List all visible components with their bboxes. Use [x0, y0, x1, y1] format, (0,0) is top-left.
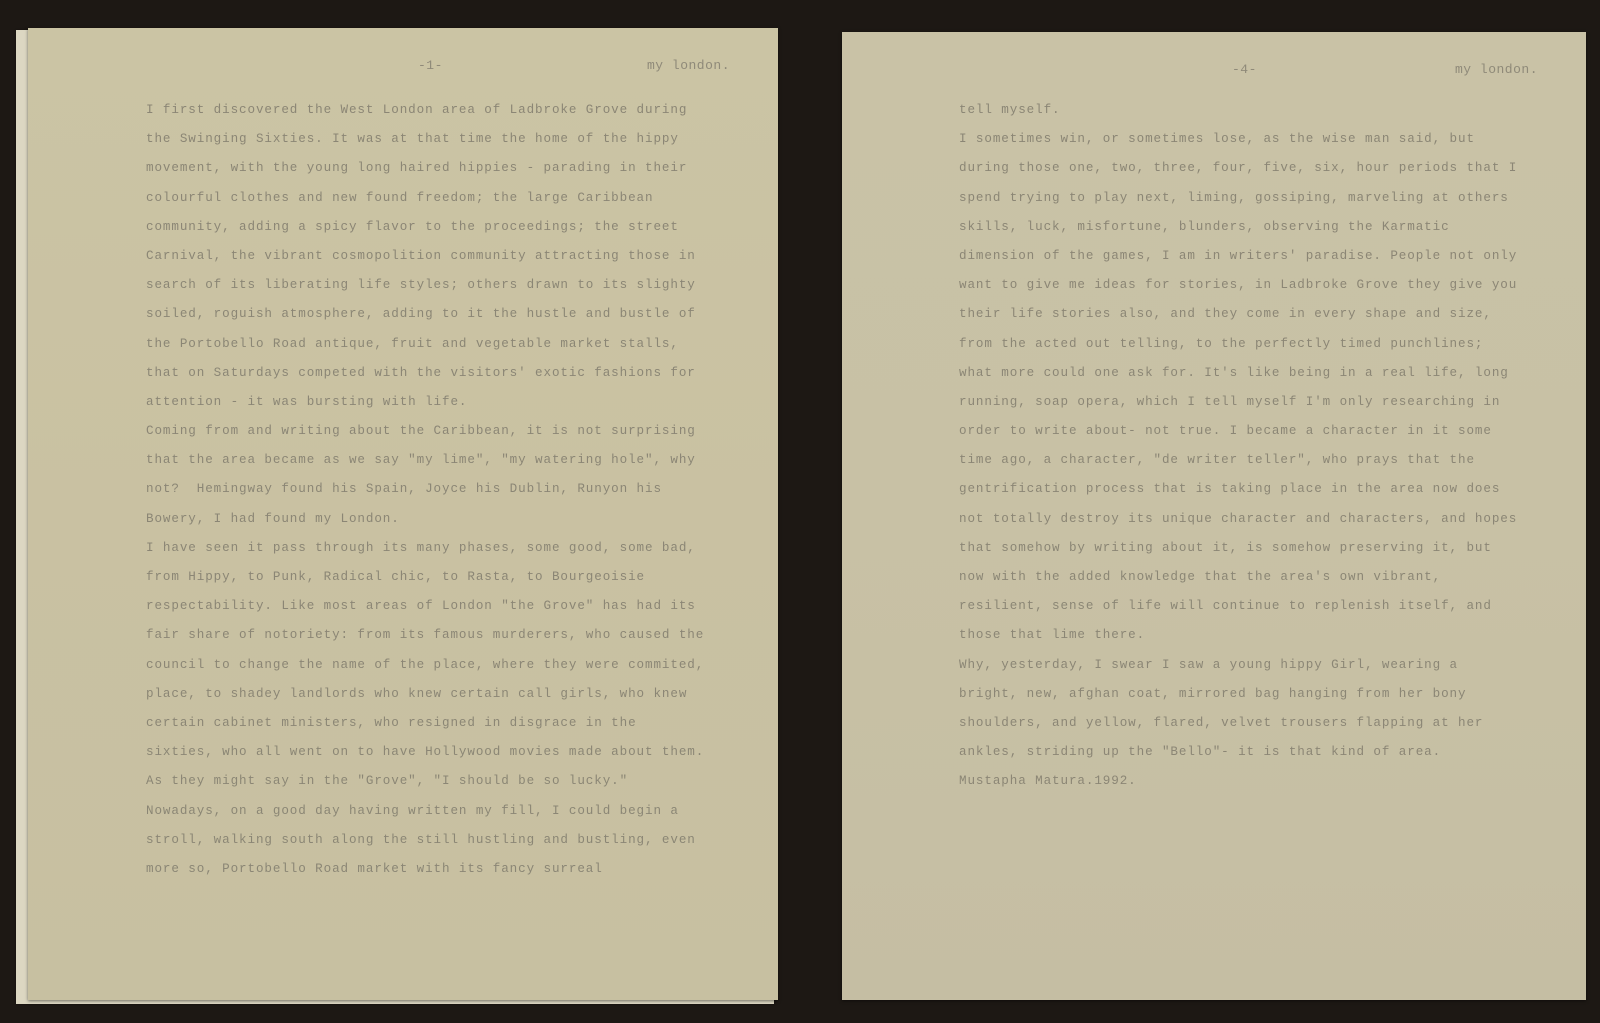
- text-line: fair share of notoriety: from its famous…: [146, 621, 704, 650]
- page-number: -1-: [418, 58, 443, 73]
- text-line: community, adding a spicy flavor to the …: [146, 213, 704, 242]
- text-line: what more could one ask for. It's like b…: [959, 359, 1517, 388]
- text-line: soiled, roguish atmosphere, adding to it…: [146, 300, 704, 329]
- text-line: I first discovered the West London area …: [146, 96, 704, 125]
- page-body-text: I first discovered the West London area …: [146, 96, 704, 884]
- typewritten-page-1: -1- my london. I first discovered the We…: [28, 28, 778, 1000]
- text-line: now with the added knowledge that the ar…: [959, 563, 1517, 592]
- typewritten-page-4: -4- my london. tell myself.I sometimes w…: [842, 32, 1586, 1000]
- text-line: bright, new, afghan coat, mirrored bag h…: [959, 680, 1517, 709]
- left-page-stack: -1- my london. I first discovered the We…: [16, 28, 778, 1004]
- text-line: that on Saturdays competed with the visi…: [146, 359, 704, 388]
- page-header: -1- my london.: [28, 58, 778, 78]
- text-line: that somehow by writing about it, is som…: [959, 534, 1517, 563]
- text-line: sixties, who all went on to have Hollywo…: [146, 738, 704, 767]
- text-line: attention - it was bursting with life.: [146, 388, 704, 417]
- running-title: my london.: [1455, 62, 1538, 77]
- text-line: the Portobello Road antique, fruit and v…: [146, 330, 704, 359]
- text-line: their life stories also, and they come i…: [959, 300, 1517, 329]
- text-line: skills, luck, misfortune, blunders, obse…: [959, 213, 1517, 242]
- text-line: shoulders, and yellow, flared, velvet tr…: [959, 709, 1517, 738]
- text-line: Nowadays, on a good day having written m…: [146, 797, 704, 826]
- text-line: resilient, sense of life will continue t…: [959, 592, 1517, 621]
- text-line: search of its liberating life styles; ot…: [146, 271, 704, 300]
- text-line: stroll, walking south along the still hu…: [146, 826, 704, 855]
- right-page-stack: -4- my london. tell myself.I sometimes w…: [842, 32, 1586, 1002]
- text-line: Why, yesterday, I swear I saw a young hi…: [959, 651, 1517, 680]
- running-title: my london.: [647, 58, 730, 73]
- text-line: time ago, a character, "de writer teller…: [959, 446, 1517, 475]
- page-number: -4-: [1232, 62, 1257, 77]
- text-line: I sometimes win, or sometimes lose, as t…: [959, 125, 1517, 154]
- text-line: Carnival, the vibrant cosmopolition comm…: [146, 242, 704, 271]
- text-line: want to give me ideas for stories, in La…: [959, 271, 1517, 300]
- text-line: council to change the name of the place,…: [146, 651, 704, 680]
- text-line: spend trying to play next, liming, gossi…: [959, 184, 1517, 213]
- text-line: respectability. Like most areas of Londo…: [146, 592, 704, 621]
- text-line: order to write about- not true. I became…: [959, 417, 1517, 446]
- text-line: certain cabinet ministers, who resigned …: [146, 709, 704, 738]
- text-line: during those one, two, three, four, five…: [959, 154, 1517, 183]
- text-line: ankles, striding up the "Bello"- it is t…: [959, 738, 1517, 767]
- text-line: tell myself.: [959, 96, 1517, 125]
- text-line: not? Hemingway found his Spain, Joyce hi…: [146, 475, 704, 504]
- text-line: those that lime there.: [959, 621, 1517, 650]
- text-line: from Hippy, to Punk, Radical chic, to Ra…: [146, 563, 704, 592]
- page-header: -4- my london.: [842, 62, 1586, 82]
- text-line: not totally destroy its unique character…: [959, 505, 1517, 534]
- text-line: gentrification process that is taking pl…: [959, 475, 1517, 504]
- text-line: dimension of the games, I am in writers'…: [959, 242, 1517, 271]
- text-line: more so, Portobello Road market with its…: [146, 855, 704, 884]
- page-body-text: tell myself.I sometimes win, or sometime…: [959, 96, 1517, 797]
- text-line: Bowery, I had found my London.: [146, 505, 704, 534]
- text-line: As they might say in the "Grove", "I sho…: [146, 767, 704, 796]
- text-line: that the area became as we say "my lime"…: [146, 446, 704, 475]
- text-line: place, to shadey landlords who knew cert…: [146, 680, 704, 709]
- text-line: colourful clothes and new found freedom;…: [146, 184, 704, 213]
- text-line: I have seen it pass through its many pha…: [146, 534, 704, 563]
- text-line: movement, with the young long haired hip…: [146, 154, 704, 183]
- text-line: the Swinging Sixties. It was at that tim…: [146, 125, 704, 154]
- text-line: running, soap opera, which I tell myself…: [959, 388, 1517, 417]
- text-line: from the acted out telling, to the perfe…: [959, 330, 1517, 359]
- text-line: Coming from and writing about the Caribb…: [146, 417, 704, 446]
- text-line: Mustapha Matura.1992.: [959, 767, 1517, 796]
